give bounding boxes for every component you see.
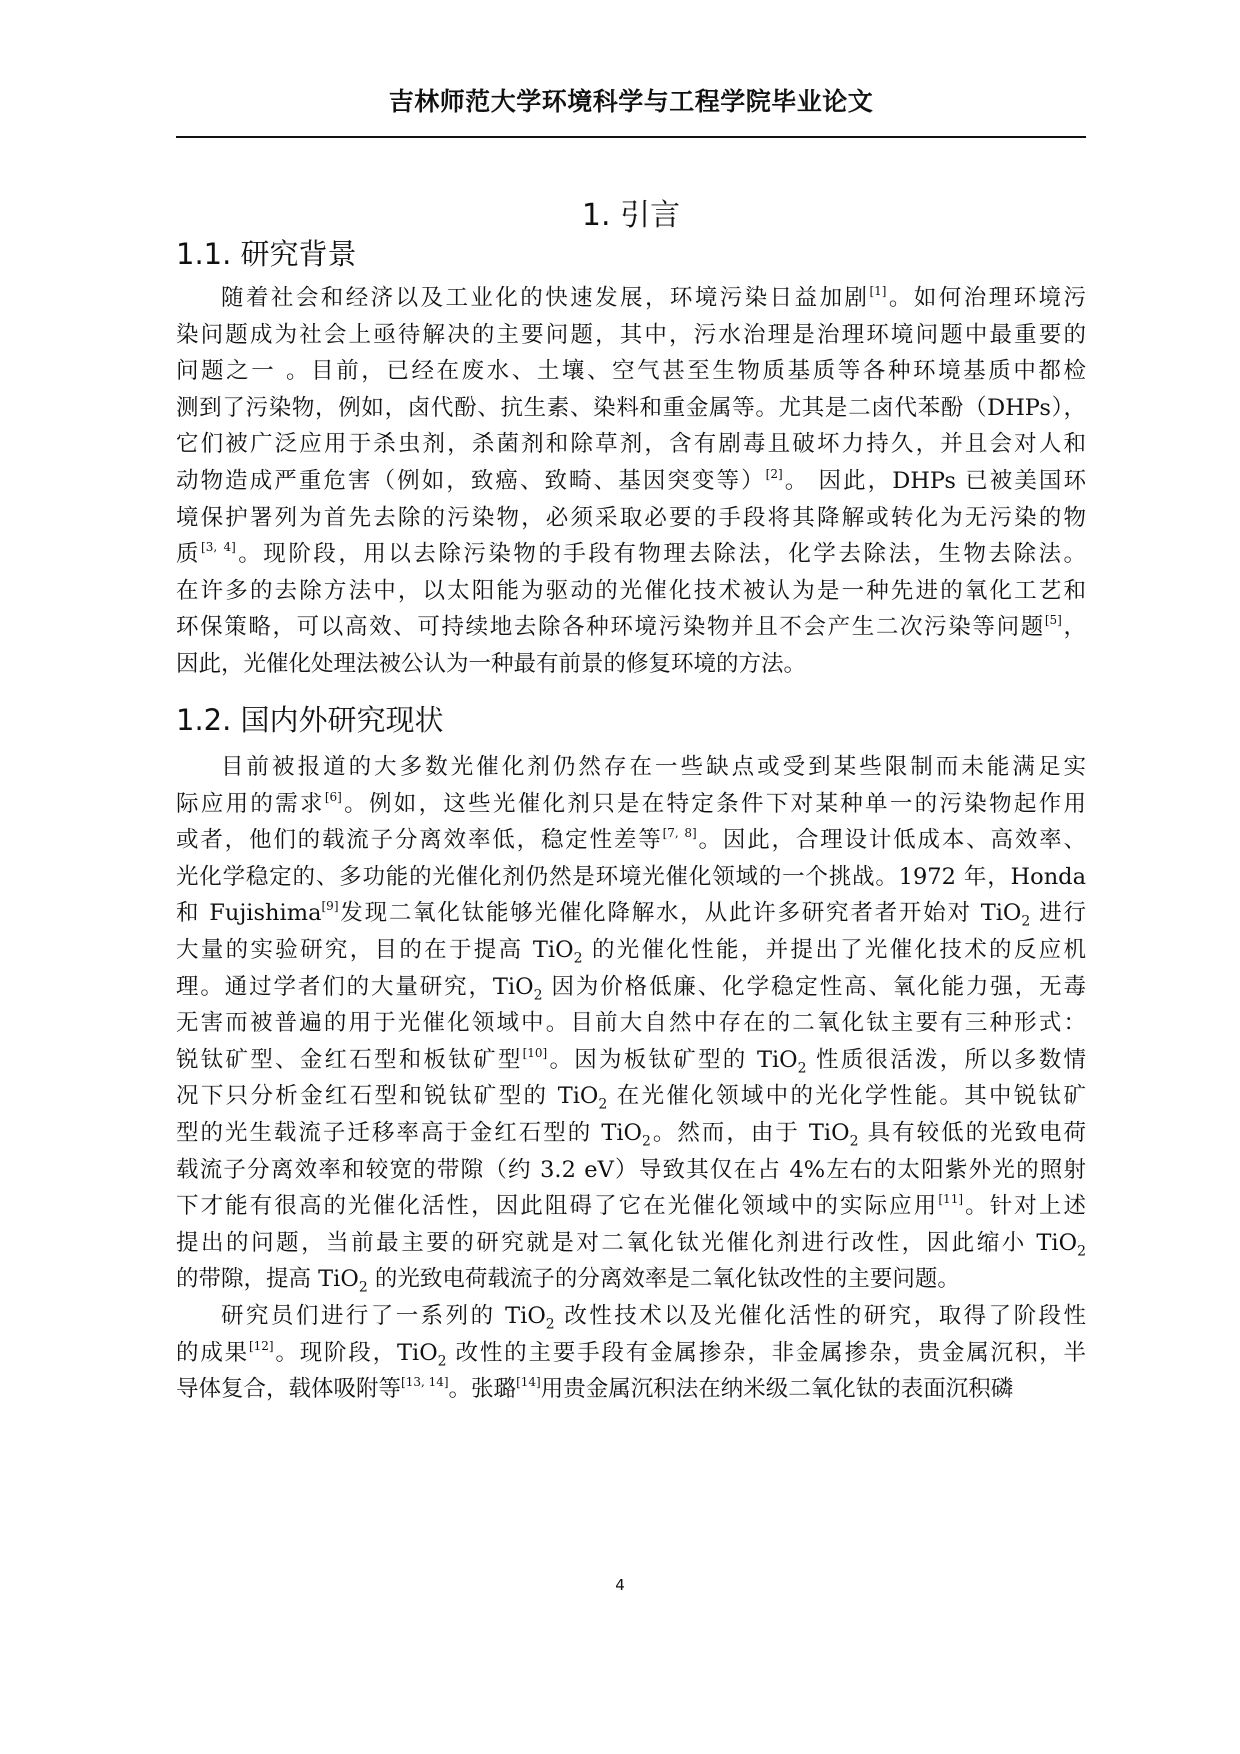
citation: [1] [869,284,886,298]
text-line: 锐钛矿型、金红石型和板钛矿型[10]。因为板钛矿型的 TiO2 性质很活泼，所以… [176,1042,1086,1079]
citation: [9] [322,899,339,913]
section-heading-1-1: 1.1. 研究背景 [176,232,1086,273]
text-line: 无害而被普遍的用于光催化领域中。目前大自然中存在的二氧化钛主要有三种形式： [176,1005,1086,1042]
text-line: 况下只分析金红石型和锐钛矿型的 TiO2 在光催化领域中的光化学性能。其中锐钛矿 [176,1078,1086,1115]
header-rule [176,136,1086,138]
text-line: 或者，他们的载流子分离效率低，稳定性差等[7, 8]。因此，合理设计低成本、高效… [176,822,1086,859]
text-line: 它们被广泛应用于杀虫剂，杀菌剂和除草剂，含有剧毒且破坏力持久，并且会对人和 [176,426,1086,463]
text-line: 问题之一 。目前，已经在废水、土壤、空气甚至生物质基质等各种环境基质中都检 [176,353,1086,390]
text-line: 大量的实验研究，目的在于提高 TiO2 的光催化性能，并提出了光催化技术的反应机 [176,932,1086,969]
text-line: 在许多的去除方法中，以太阳能为驱动的光催化技术被认为是一种先进的氧化工艺和 [176,573,1086,610]
text-line: 和 Fujishima[9]发现二氧化钛能够光催化降解水，从此许多研究者者开始对… [176,895,1086,932]
citation: [7, 8] [663,826,697,840]
paragraph-status-2: 研究员们进行了一系列的 TiO2 改性技术以及光催化活性的研究，取得了阶段性的成… [176,1298,1086,1408]
text-line: 质[3, 4]。现阶段，用以去除污染物的手段有物理去除法，化学去除法，生物去除法… [176,536,1086,573]
citation: [5] [1045,613,1062,627]
text-line: 型的光生载流子迁移率高于金红石型的 TiO2。然而，由于 TiO2 具有较低的光… [176,1115,1086,1152]
text-line: 因此，光催化处理法被公认为一种最有前景的修复环境的方法。 [176,646,1086,683]
document-page: 吉林师范大学环境科学与工程学院毕业论文 1. 引言 1.1. 研究背景 随着社会… [0,0,1240,1754]
text-line: 载流子分离效率和较宽的带隙（约 3.2 eV）导致其仅在占 4%左右的太阳紫外光… [176,1152,1086,1189]
chapter-title: 1. 引言 [176,190,1086,234]
paragraph-status-1: 目前被报道的大多数光催化剂仍然存在一些缺点或受到某些限制而未能满足实际应用的需求… [176,749,1086,1298]
citation: [12] [249,1339,274,1353]
paragraph-background: 随着社会和经济以及工业化的快速发展，环境污染日益加剧[1]。如何治理环境污染问题… [176,280,1086,683]
text-line: 动物造成严重危害（例如，致癌、致畸、基因突变等）[2]。 因此，DHPs 已被美… [176,463,1086,500]
text-line: 的成果[12]。现阶段，TiO2 改性的主要手段有金属掺杂，非金属掺杂，贵金属沉… [176,1335,1086,1372]
text-line: 境保护署列为首先去除的污染物，必须采取必要的手段将其降解或转化为无污染的物 [176,500,1086,537]
text-line: 随着社会和经济以及工业化的快速发展，环境污染日益加剧[1]。如何治理环境污 [176,280,1086,317]
text-line: 环保策略，可以高效、可持续地去除各种环境污染物并且不会产生二次污染等问题[5]， [176,609,1086,646]
citation: [11] [938,1192,963,1206]
citation: [13, 14] [401,1375,449,1389]
text-line: 染问题成为社会上亟待解决的主要问题，其中，污水治理是治理环境问题中最重要的 [176,317,1086,354]
text-line: 的带隙，提高 TiO2 的光致电荷载流子的分离效率是二氧化钛改性的主要问题。 [176,1261,1086,1298]
text-line: 测到了污染物，例如，卤代酚、抗生素、染料和重金属等。尤其是二卤代苯酚（DHPs）… [176,390,1086,427]
page-number: 4 [0,1576,1240,1594]
text-line: 研究员们进行了一系列的 TiO2 改性技术以及光催化活性的研究，取得了阶段性 [176,1298,1086,1335]
text-line: 际应用的需求[6]。例如，这些光催化剂只是在特定条件下对某种单一的污染物起作用 [176,786,1086,823]
citation: [10] [523,1046,548,1060]
text-line: 理。通过学者们的大量研究，TiO2 因为价格低廉、化学稳定性高、氧化能力强，无毒 [176,969,1086,1006]
text-line: 目前被报道的大多数光催化剂仍然存在一些缺点或受到某些限制而未能满足实 [176,749,1086,786]
text-line: 下才能有很高的光催化活性，因此阻碍了它在光催化领域中的实际应用[11]。针对上述 [176,1188,1086,1225]
text-line: 导体复合，载体吸附等[13, 14]。张璐[14]用贵金属沉积法在纳米级二氧化钛… [176,1371,1086,1408]
text-line: 光化学稳定的、多功能的光催化剂仍然是环境光催化领域的一个挑战。1972 年，Ho… [176,859,1086,896]
citation: [3, 4] [201,540,236,554]
citation: [14] [516,1375,541,1389]
citation: [2] [766,467,783,481]
citation: [6] [325,790,342,804]
section-heading-1-2: 1.2. 国内外研究现状 [176,698,1086,739]
text-line: 提出的问题，当前最主要的研究就是对二氧化钛光催化剂进行改性，因此缩小 TiO2 [176,1225,1086,1262]
running-header: 吉林师范大学环境科学与工程学院毕业论文 [176,82,1086,118]
